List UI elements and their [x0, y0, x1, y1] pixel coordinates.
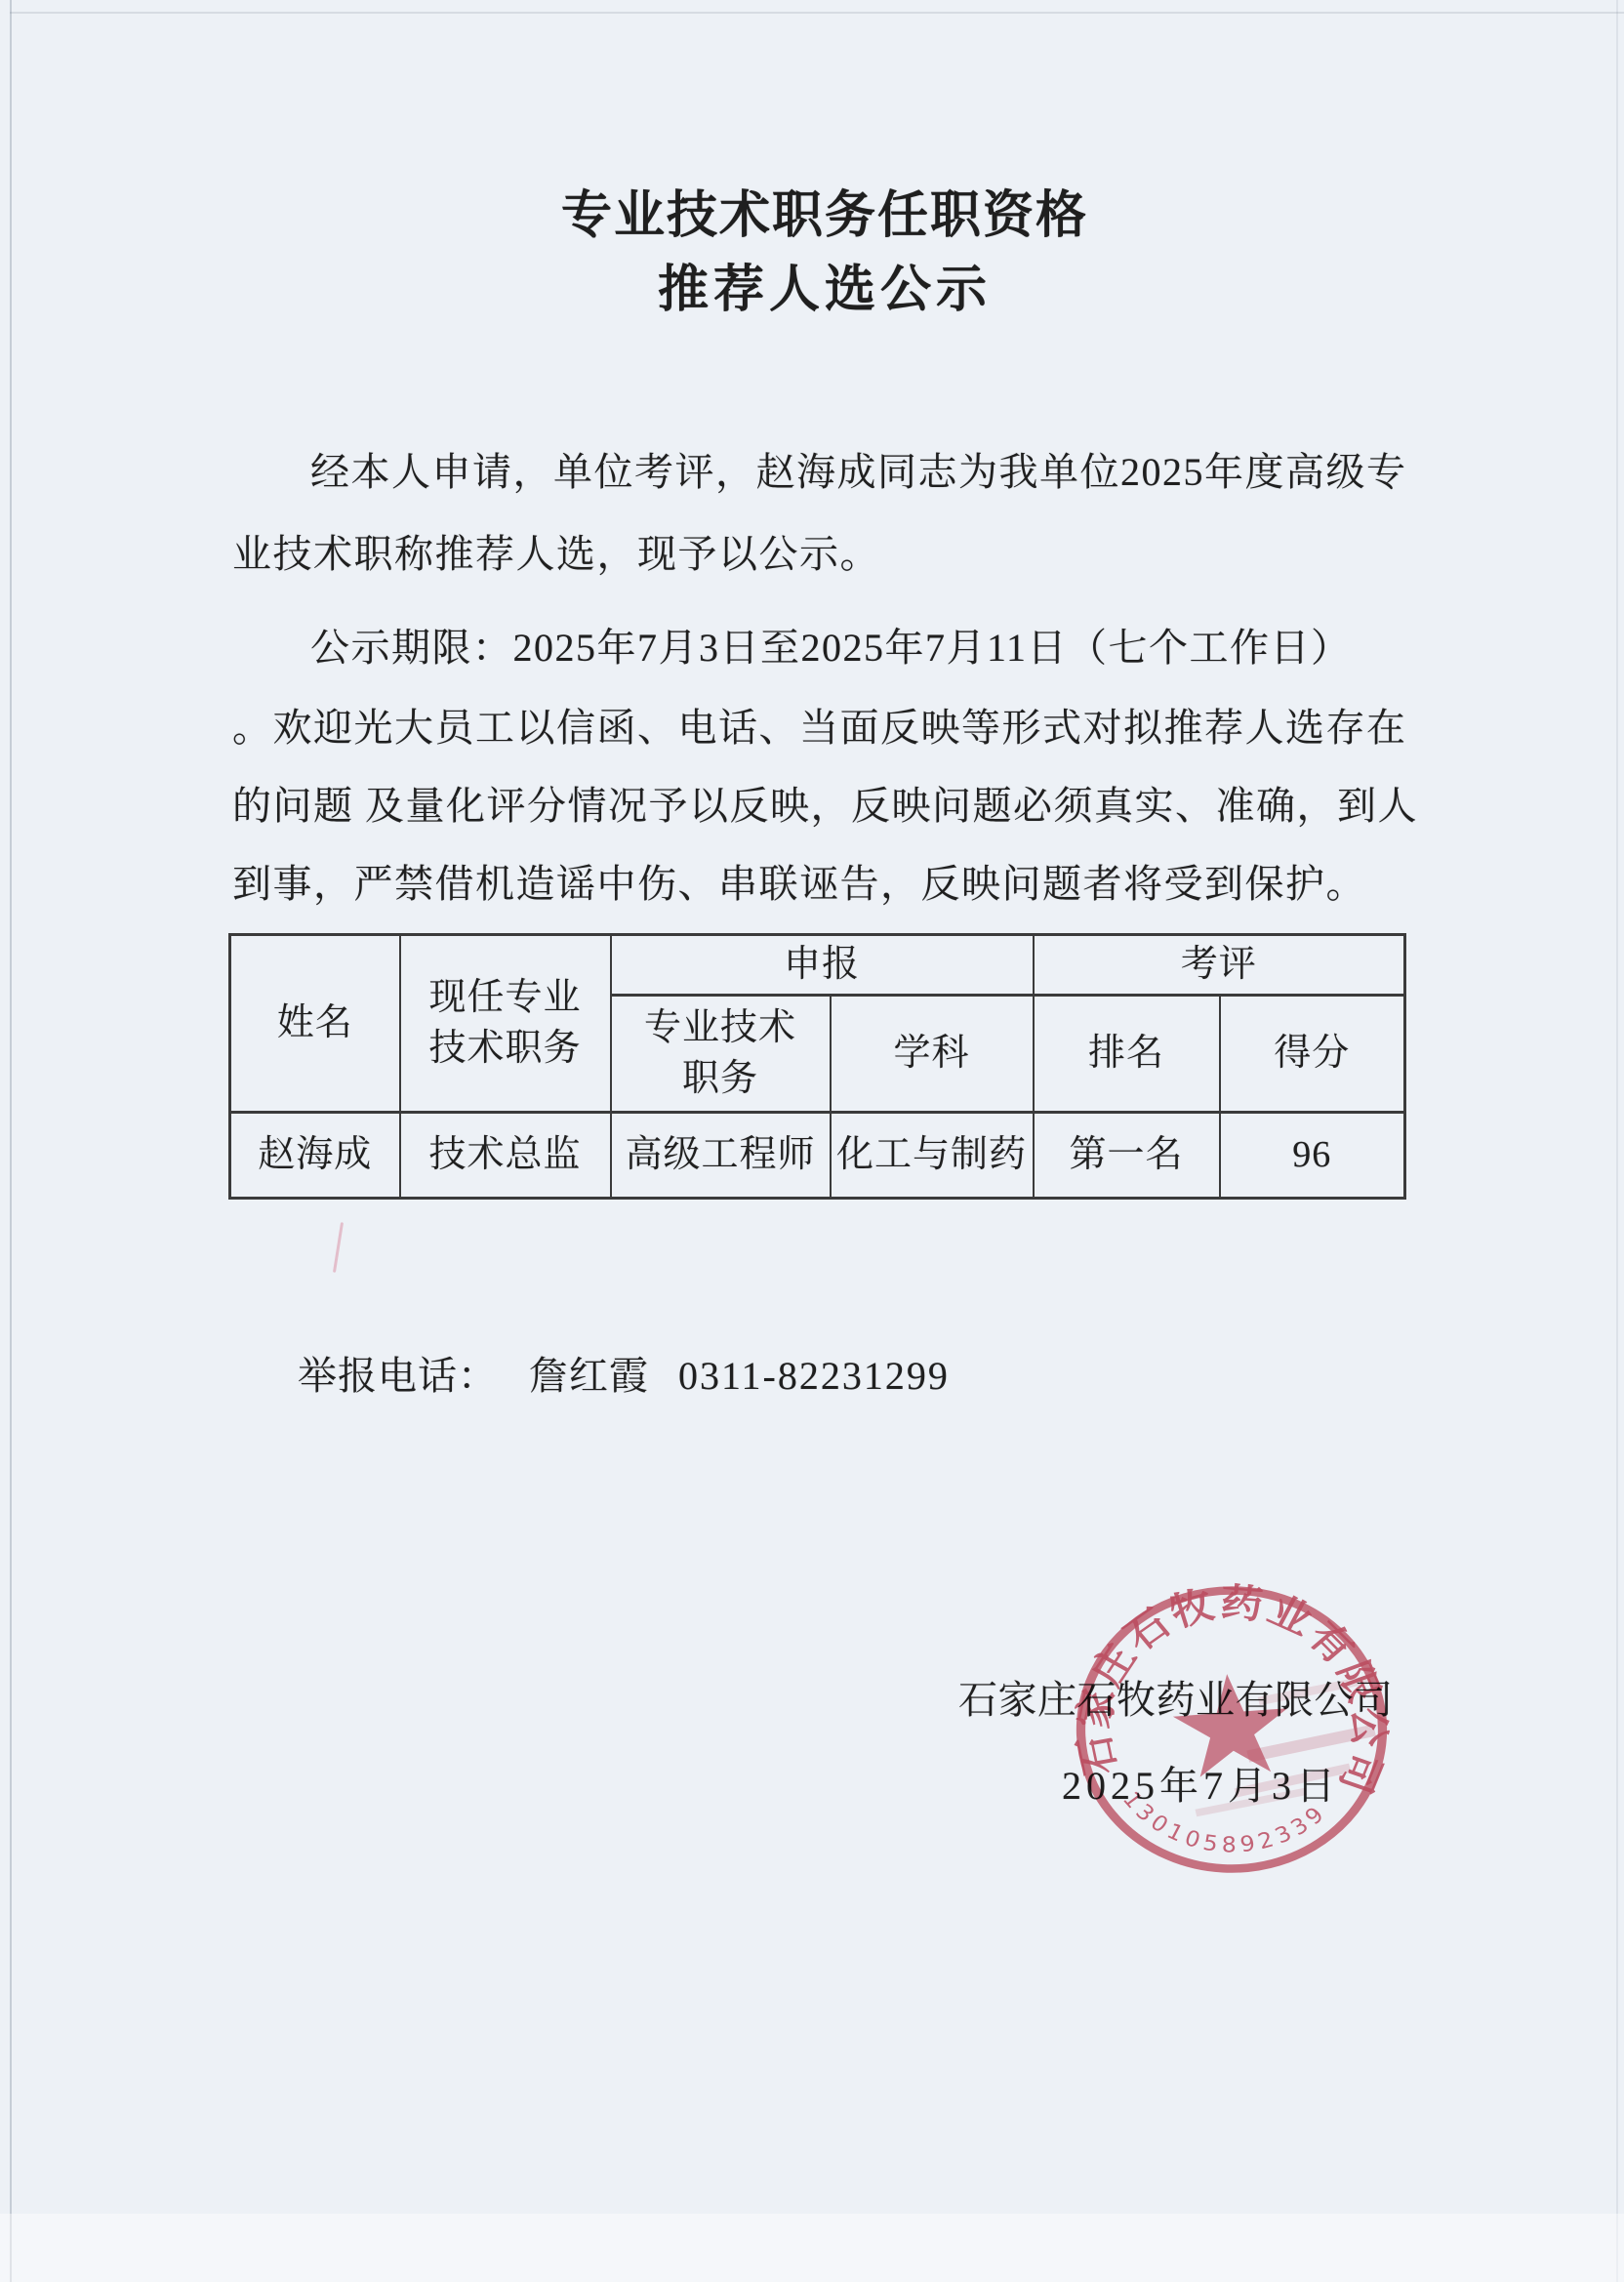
- company-seal: 石家庄石牧药业有限公司 1301058923394: [1046, 1559, 1417, 1901]
- cell-rank: 第一名: [1034, 1113, 1220, 1199]
- header-current-position: 现任专业 技术职务: [400, 935, 611, 1113]
- cell-subject: 化工与制药: [831, 1113, 1034, 1199]
- report-phone-label: 举报电话：: [298, 1354, 498, 1398]
- scan-pink-artifact: [333, 1222, 344, 1273]
- paragraph2-line1: 公示期限：2025年7月3日至2025年7月11日（七个工作日）: [310, 625, 1352, 672]
- header-declare-position-line1: 专业技术: [612, 1003, 830, 1053]
- table-row: 赵海成 技术总监 高级工程师 化工与制药 第一名 96: [230, 1113, 1405, 1199]
- cell-declare-position: 高级工程师: [611, 1113, 831, 1199]
- header-score: 得分: [1220, 996, 1405, 1113]
- paragraph2-line2: 。欢迎光大员工以信函、电话、当面反映等形式对拟推荐人选存在: [232, 705, 1407, 752]
- paragraph2-line3: 的问题 及量化评分情况予以反映，反映问题必须真实、准确，到人: [232, 783, 1418, 830]
- cell-name: 赵海成: [230, 1113, 400, 1199]
- header-declare-group: 申报: [611, 935, 1034, 996]
- document-title-line1: 专业技术职务任职资格: [25, 174, 1624, 247]
- header-rank: 排名: [1034, 996, 1220, 1113]
- header-subject: 学科: [831, 996, 1034, 1113]
- header-name: 姓名: [230, 935, 400, 1113]
- cell-score: 96: [1220, 1113, 1405, 1199]
- header-declare-position-line2: 职务: [612, 1054, 830, 1104]
- scan-bottom-shade: [0, 2214, 1624, 2282]
- seal-company-arc-text: 石家庄石牧药业有限公司: [1066, 1573, 1401, 1802]
- report-phone-line: 举报电话：詹红霞0311-82231299: [298, 1345, 950, 1401]
- header-current-position-line2: 技术职务: [401, 1024, 610, 1074]
- paragraph1-line1: 经本人申请，单位考评，赵海成同志为我单位2025年度高级专: [310, 449, 1407, 496]
- scanned-announcement-page: { "page": { "background": "#edf1f6", "se…: [0, 0, 1624, 2282]
- seal-star-icon: [1170, 1670, 1293, 1778]
- header-review-group: 考评: [1034, 935, 1405, 996]
- cell-current-position: 技术总监: [400, 1113, 611, 1199]
- scan-edge-left: [10, 0, 12, 2282]
- report-contact-name: 詹红霞: [529, 1354, 649, 1398]
- document-title-line2: 推荐人选公示: [25, 248, 1624, 321]
- scan-edge-right: [1616, 0, 1618, 2282]
- paragraph1-line2: 业技术职称推荐人选，现予以公示。: [232, 531, 880, 578]
- report-phone-number: 0311-82231299: [678, 1354, 950, 1398]
- header-declare-position: 专业技术 职务: [611, 996, 831, 1113]
- scan-edge-top: [10, 12, 1624, 14]
- candidate-table: 姓名 现任专业 技术职务 申报 考评 专业技术 职务 学科 排名 得分 赵海成 …: [228, 933, 1406, 1200]
- header-current-position-line1: 现任专业: [401, 973, 610, 1023]
- svg-text:石家庄石牧药业有限公司: 石家庄石牧药业有限公司: [1066, 1573, 1401, 1802]
- paragraph2-line4: 到事，严禁借机造谣中伤、串联诬告，反映问题者将受到保护。: [232, 861, 1366, 908]
